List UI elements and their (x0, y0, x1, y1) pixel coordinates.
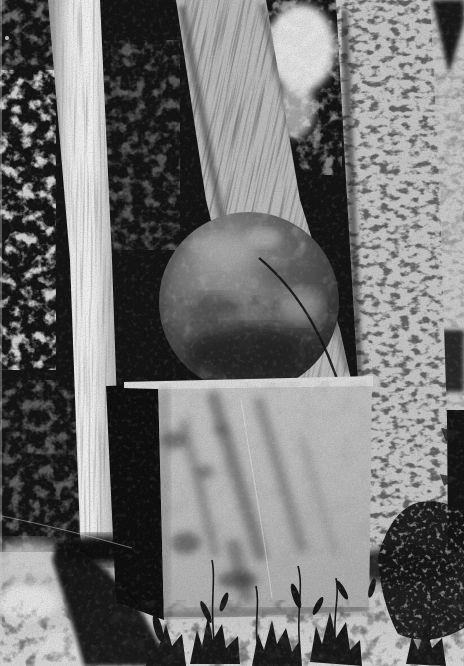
photo-artifacts (0, 0, 464, 666)
film-grain-highlights (0, 0, 464, 666)
photograph: Black-and-white photograph of a large ca… (0, 0, 464, 666)
photo-canvas: Black-and-white photograph of a large ca… (0, 0, 464, 666)
